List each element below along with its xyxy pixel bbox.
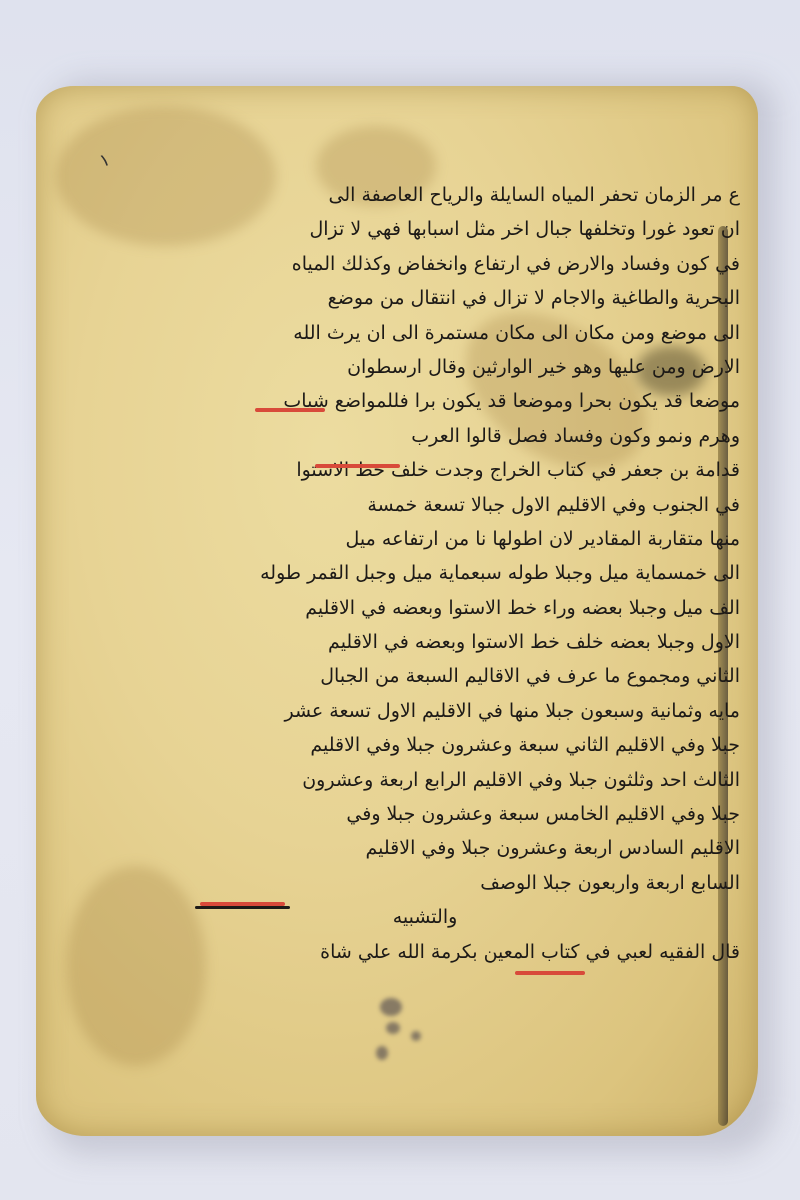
text-line: مايه وثمانية وسبعون جبلا منها في الاقليم… — [170, 694, 740, 728]
text-line: الى خمسماية ميل وجبلا طوله سبعماية ميل و… — [170, 556, 740, 590]
text-line: الثاني ومجموع ما عرف في الاقاليم السبعة … — [170, 659, 740, 693]
text-line: الاول وجبلا بعضه خلف خط الاستوا وبعضه في… — [170, 625, 740, 659]
rubric-underline — [200, 902, 285, 906]
mold-spot — [376, 1046, 388, 1060]
mold-spot — [386, 1022, 400, 1034]
text-line: قدامة بن جعفر في كتاب الخراج وجدت خلف خط… — [170, 453, 740, 487]
text-line: الاقليم السادس اربعة وعشرون جبلا وفي الا… — [170, 831, 740, 865]
manuscript-text: ع مر الزمان تحفر المياه السايلة والرياح … — [170, 178, 740, 969]
text-line: الف ميل وجبلا بعضه وراء خط الاستوا وبعضه… — [170, 591, 740, 625]
text-line: ان تعود غورا وتخلفها جبال اخر مثل اسبابه… — [170, 212, 740, 246]
text-line: في الجنوب وفي الاقليم الاول جبالا تسعة خ… — [170, 488, 740, 522]
text-line: جبلا وفي الاقليم الثاني سبعة وعشرون جبلا… — [170, 728, 740, 762]
rubric-underline — [515, 971, 585, 975]
text-line: قال الفقيه لعبي في كتاب المعين بكرمة الل… — [170, 935, 740, 969]
text-line: منها متقاربة المقادير لان اطولها نا من ا… — [170, 522, 740, 556]
text-line: موضعا قد يكون بحرا وموضعا قد يكون برا فل… — [170, 384, 740, 418]
text-line: السابع اربعة واربعون جبلا الوصف — [170, 866, 740, 900]
mold-spot — [411, 1031, 421, 1041]
text-line: وهرم ونمو وكون وفساد فصل قالوا العرب — [170, 419, 740, 453]
text-line: جبلا وفي الاقليم الخامس سبعة وعشرون جبلا… — [170, 797, 740, 831]
text-line: ع مر الزمان تحفر المياه السايلة والرياح … — [170, 178, 740, 212]
text-line: الارض ومن عليها وهو خير الوارثين وقال ار… — [170, 350, 740, 384]
text-line: الى موضع ومن مكان الى مكان مستمرة الى ان… — [170, 316, 740, 350]
text-line: في كون وفساد والارض في ارتفاع وانخفاض وك… — [170, 247, 740, 281]
rubric-underline — [195, 906, 290, 909]
rubric-underline — [315, 464, 400, 468]
mold-spot — [380, 998, 402, 1016]
rubric-underline — [255, 408, 325, 412]
text-line: البحرية والطاغية والاجام لا تزال في انتق… — [170, 281, 740, 315]
text-line: الثالث احد وثلثون جبلا وفي الاقليم الراب… — [170, 763, 740, 797]
